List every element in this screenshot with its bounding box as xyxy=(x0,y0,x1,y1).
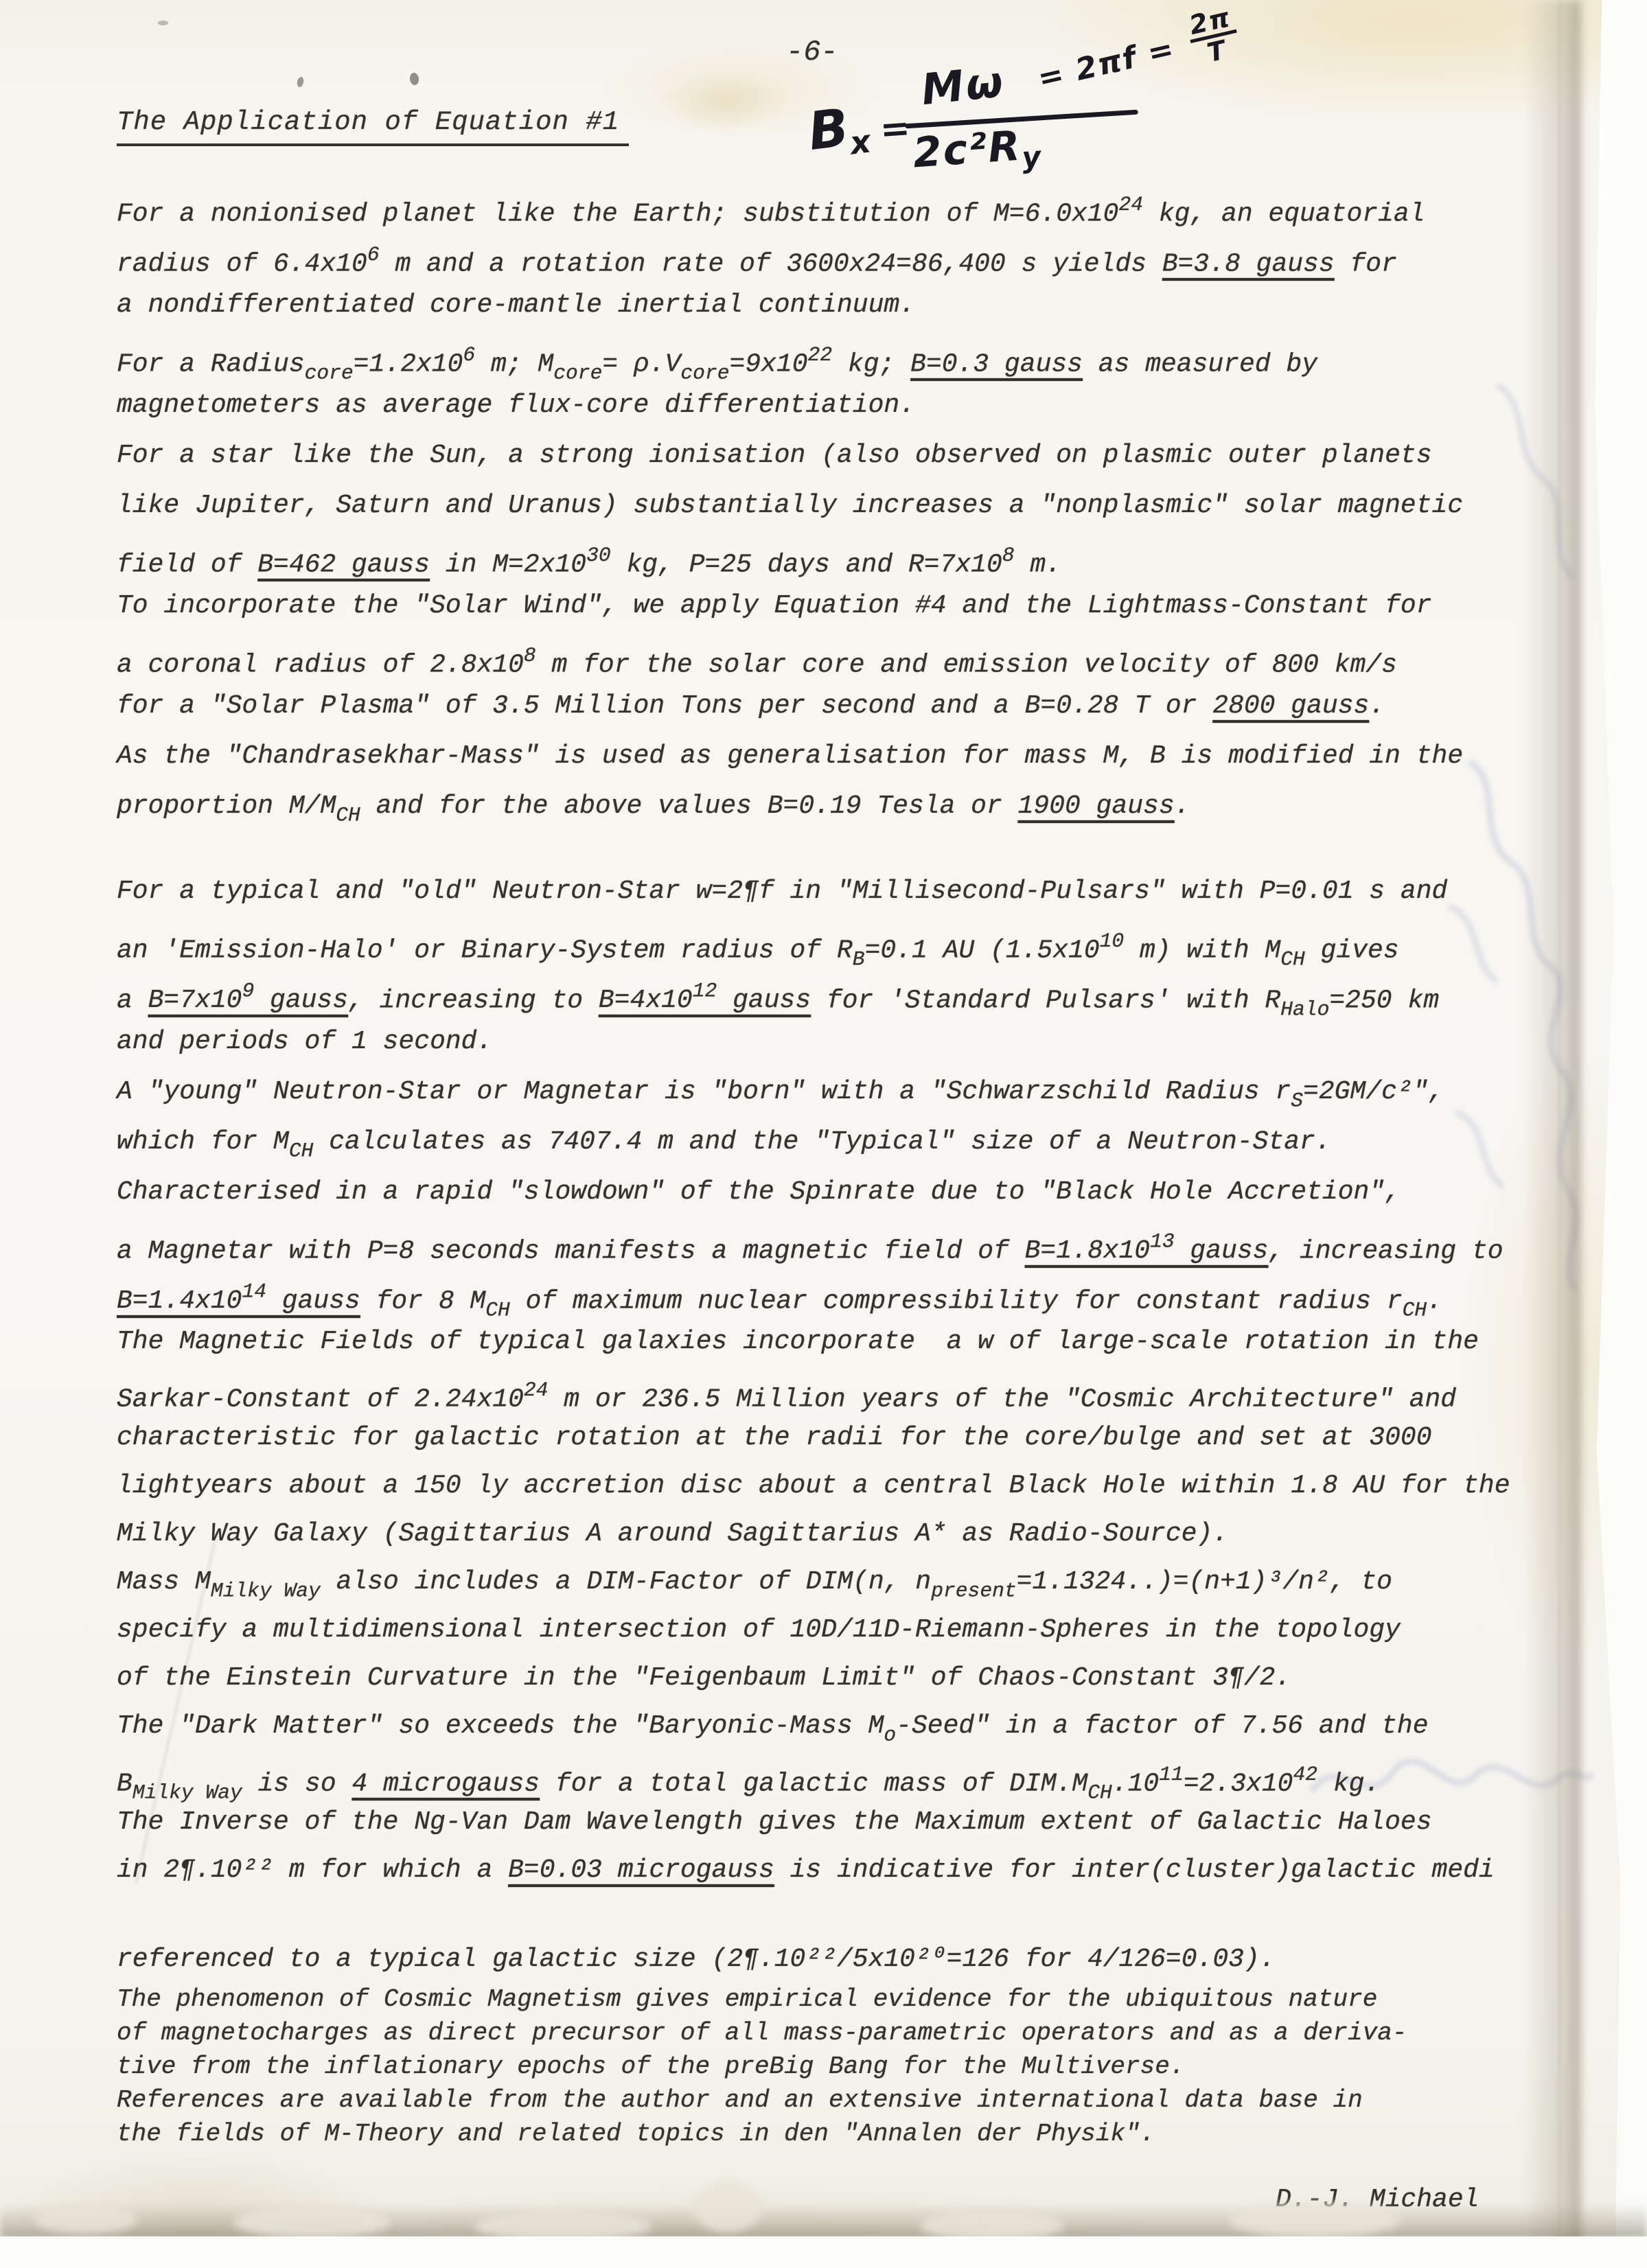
text-run: for 8 M xyxy=(360,1286,485,1316)
text-run: 1900 gauss xyxy=(1018,791,1175,821)
text-line: Sarkar-Constant of 2.24x1024 m or 236.5 … xyxy=(117,1366,1510,1414)
text-run: .10 xyxy=(1112,1769,1159,1798)
text-run: of magnetocharges as direct precursor of… xyxy=(117,2019,1407,2047)
text-run: =9x10 xyxy=(730,349,808,379)
text-run: , increasing to xyxy=(348,986,599,1015)
text-run: gauss xyxy=(254,986,348,1015)
text-run: . xyxy=(1369,691,1385,721)
text-line: magnetometers as average flux-core diffe… xyxy=(117,380,1463,430)
superscript: 24 xyxy=(1118,193,1143,216)
text-run: =250 km xyxy=(1329,986,1439,1015)
text-run: =2GM/c²", xyxy=(1303,1077,1444,1107)
text-run: lightyears about a 150 ly accretion disc… xyxy=(117,1471,1510,1501)
paragraph-galaxies: The Magnetic Fields of typical galaxies … xyxy=(117,1318,1510,1895)
text-run: proportion M/M xyxy=(117,791,336,821)
text-run: also includes a DIM-Factor of DIM(n, n xyxy=(321,1567,931,1597)
text-run: B=7x10 xyxy=(148,986,242,1015)
text-line: of magnetocharges as direct precursor of… xyxy=(117,2016,1407,2050)
text-run: B=462 gauss xyxy=(257,550,430,579)
text-run: an 'Emission-Halo' or Binary-System radi… xyxy=(117,936,853,965)
text-line: radius of 6.4x106 m and a rotation rate … xyxy=(117,230,1463,280)
text-run: like Jupiter, Saturn and Uranus) substan… xyxy=(117,491,1463,520)
underlined-value: 4 microgauss xyxy=(352,1769,540,1798)
handwritten-denominator: 2c²Ry xyxy=(912,121,1044,183)
text-run: B=1.8x10 xyxy=(1025,1236,1150,1266)
text-run: = ρ.V xyxy=(602,349,680,379)
text-run: m or 236.5 Million years of the "Cosmic … xyxy=(548,1385,1456,1414)
text-run: B=4x10 xyxy=(599,986,693,1015)
subscript: CH xyxy=(289,1139,314,1162)
text-run: =0.1 AU (1.5x10 xyxy=(865,936,1100,965)
text-run: For a nonionised planet like the Earth; … xyxy=(117,199,1118,229)
text-run: For a star like the Sun, a strong ionisa… xyxy=(117,441,1432,470)
text-run: a coronal radius of 2.8x10 xyxy=(117,650,524,680)
underlined-value: B=0.3 gauss xyxy=(910,349,1083,379)
text-line: a Magnetar with P=8 seconds manifests a … xyxy=(117,1217,1504,1267)
paragraph-neutron-stars: For a typical and "old" Neutron-Star w=2… xyxy=(117,866,1504,1317)
text-line: which for MCH calculates as 7407.4 m and… xyxy=(117,1117,1504,1167)
text-run: Characterised in a rapid "slowdown" of t… xyxy=(117,1177,1401,1207)
handwritten-numerator: Mω xyxy=(919,56,1008,115)
text-line: the fields of M-Theory and related topic… xyxy=(117,2117,1407,2151)
text-line: For a Radiuscore=1.2x106 m; Mcore= ρ.Vco… xyxy=(117,330,1463,380)
subscript: o xyxy=(884,1723,896,1746)
text-run: for a total galactic mass of DIM.M xyxy=(540,1769,1087,1798)
text-run: For a Radius xyxy=(117,349,305,379)
text-run: for xyxy=(1335,249,1397,279)
text-run: 2800 gauss xyxy=(1212,691,1369,721)
torn-edge-fragment xyxy=(1229,2202,1401,2238)
text-run: a xyxy=(117,986,148,1015)
text-line: Mass MMilky Way also includes a DIM-Fact… xyxy=(117,1558,1510,1606)
text-run: B=0.3 gauss xyxy=(910,349,1083,379)
text-line: References are available from the author… xyxy=(117,2083,1407,2117)
superscript: 11 xyxy=(1159,1763,1184,1786)
text-line: in 2¶.10²² m for which a B=0.03 microgau… xyxy=(117,1847,1510,1895)
text-run: To incorporate the "Solar Wind", we appl… xyxy=(117,591,1432,621)
text-line: The Magnetic Fields of typical galaxies … xyxy=(117,1318,1510,1366)
underlined-value: B=4x1012 gauss xyxy=(599,986,811,1015)
text-run: The phenomenon of Cosmic Magnetism gives… xyxy=(117,1985,1377,2013)
superscript: 42 xyxy=(1293,1763,1317,1786)
text-run: Milky Way Galaxy (Sagittarius A around S… xyxy=(117,1519,1228,1549)
text-run: B=0.03 microgauss xyxy=(508,1855,774,1885)
text-run: in M=2x10 xyxy=(430,550,586,579)
text-run: a Magnetar with P=8 seconds manifests a … xyxy=(117,1236,1025,1266)
text-line: For a star like the Sun, a strong ionisa… xyxy=(117,430,1463,481)
scanner-backing-bottom xyxy=(0,2236,1647,2268)
text-run: The Inverse of the Ng-Van Dam Wavelength… xyxy=(117,1807,1432,1837)
text-line: field of B=462 gauss in M=2x1030 kg, P=2… xyxy=(117,531,1463,581)
superscript: 6 xyxy=(463,343,475,367)
superscript: 22 xyxy=(808,343,833,367)
text-run: For a typical and "old" Neutron-Star w=2… xyxy=(117,877,1447,906)
text-run: characteristic for galactic rotation at … xyxy=(117,1423,1432,1453)
text-run: is so xyxy=(242,1769,352,1798)
text-run: gauss xyxy=(717,986,811,1015)
underlined-value: B=462 gauss xyxy=(257,550,430,579)
text-run: Mass M xyxy=(117,1567,211,1597)
text-run: a nondifferentiated core-mantle inertial… xyxy=(117,290,915,320)
handwritten-equals: = xyxy=(879,108,912,151)
text-run: . xyxy=(1175,791,1190,821)
page-number: -6- xyxy=(786,36,838,69)
superscript: 6 xyxy=(367,243,380,266)
text-run: References are available from the author… xyxy=(117,2086,1363,2114)
text-run: . xyxy=(1427,1286,1442,1316)
text-run: kg, an equatorial xyxy=(1143,199,1425,229)
subscript: Halo xyxy=(1280,998,1329,1021)
text-line: Milky Way Galaxy (Sagittarius A around S… xyxy=(117,1510,1510,1558)
text-line: For a typical and "old" Neutron-Star w=2… xyxy=(117,866,1504,916)
text-run: and for the above values B=0.19 Tesla or xyxy=(360,791,1018,821)
text-line: BMilky Way is so 4 microgauss for a tota… xyxy=(117,1750,1510,1798)
text-run: and periods of 1 second. xyxy=(117,1027,492,1056)
superscript: 8 xyxy=(524,644,536,667)
text-run: specify a multidimensional intersection … xyxy=(117,1615,1401,1645)
text-run: m. xyxy=(1015,550,1061,579)
text-run: m for the solar core and emission veloci… xyxy=(536,650,1397,680)
text-run: magnetometers as average flux-core diffe… xyxy=(117,391,915,420)
text-run: calculates as 7407.4 m and the "Typical"… xyxy=(313,1127,1331,1157)
text-run: =1.2x10 xyxy=(354,349,463,379)
text-line: B=1.4x1014 gauss for 8 MCH of maximum nu… xyxy=(117,1267,1504,1317)
paragraph-galactic-size: referenced to a typical galactic size (2… xyxy=(117,1934,1276,1984)
text-line: The "Dark Matter" so exceeds the "Baryon… xyxy=(117,1702,1510,1750)
text-run: m and a rotation rate of 3600x24=86,400 … xyxy=(380,249,1162,279)
text-line: of the Einstein Curvature in the "Feigen… xyxy=(117,1654,1510,1702)
text-line: As the "Chandrasekhar-Mass" is used as g… xyxy=(117,731,1463,781)
superscript: 13 xyxy=(1150,1230,1175,1253)
text-run: which for M xyxy=(117,1127,289,1157)
underlined-value: 2800 gauss xyxy=(1212,691,1369,721)
text-run: m) with M xyxy=(1124,936,1280,965)
text-run: for a "Solar Plasma" of 3.5 Million Tons… xyxy=(117,691,1212,721)
superscript: 14 xyxy=(242,1280,266,1304)
superscript: 8 xyxy=(1002,544,1015,567)
subscript: Milky Way xyxy=(211,1579,321,1602)
underlined-value: B=7x109 gauss xyxy=(148,986,348,1015)
text-line: Characterised in a rapid "slowdown" of t… xyxy=(117,1167,1504,1217)
text-line: referenced to a typical galactic size (2… xyxy=(117,1934,1276,1984)
text-run: 4 microgauss xyxy=(352,1769,540,1798)
page-edge-shadow-right xyxy=(1523,0,1581,2268)
handwritten-b-subscript: x xyxy=(848,123,873,162)
text-line: and periods of 1 second. xyxy=(117,1017,1504,1067)
text-run: B xyxy=(117,1769,133,1798)
text-line: A "young" Neutron-Star or Magnetar is "b… xyxy=(117,1067,1504,1117)
handwritten-denominator-text: 2c²R xyxy=(912,122,1023,178)
text-run: as measured by xyxy=(1083,349,1317,379)
document-title-text: The Application of Equation #1 xyxy=(117,107,629,146)
text-line: For a nonionised planet like the Earth; … xyxy=(117,180,1463,230)
text-line: specify a multidimensional intersection … xyxy=(117,1606,1510,1654)
subscript: present xyxy=(931,1579,1016,1602)
superscript: 24 xyxy=(524,1378,549,1402)
text-run: A "young" Neutron-Star or Magnetar is "b… xyxy=(117,1077,1291,1107)
underlined-value: B=3.8 gauss xyxy=(1162,249,1335,279)
text-run: -Seed" in a factor of 7.56 and the xyxy=(896,1711,1428,1741)
text-run: =2.3x10 xyxy=(1184,1769,1293,1798)
subscript: S xyxy=(1291,1089,1303,1112)
text-run: the fields of M-Theory and related topic… xyxy=(117,2120,1155,2148)
text-line: To incorporate the "Solar Wind", we appl… xyxy=(117,581,1463,631)
torn-edge-fragment xyxy=(233,2206,391,2238)
underlined-value: B=1.8x1013 gauss xyxy=(1025,1236,1269,1266)
text-run: kg. xyxy=(1317,1769,1380,1798)
text-line: like Jupiter, Saturn and Uranus) substan… xyxy=(117,481,1463,531)
text-line: proportion M/MCH and for the above value… xyxy=(117,781,1463,831)
handwritten-b-symbol: Bx xyxy=(805,94,873,167)
superscript: 30 xyxy=(586,544,611,567)
text-line: The phenomenon of Cosmic Magnetism gives… xyxy=(117,1982,1407,2016)
underlined-value: 1900 gauss xyxy=(1018,791,1175,821)
handwritten-denominator-subscript: y xyxy=(1021,139,1044,174)
subscript: CH xyxy=(336,803,360,826)
superscript: 10 xyxy=(1100,929,1125,953)
text-line: The Inverse of the Ng-Van Dam Wavelength… xyxy=(117,1798,1510,1847)
torn-edge-fragment xyxy=(693,2180,762,2232)
superscript: 9 xyxy=(242,980,254,1003)
text-run: is indicative for inter(cluster)galactic… xyxy=(774,1855,1495,1885)
text-line: a nondifferentiated core-mantle inertial… xyxy=(117,280,1463,330)
text-run: field of xyxy=(117,550,257,579)
ink-speck xyxy=(158,21,168,25)
text-run: kg, P=25 days and R=7x10 xyxy=(611,550,1002,579)
superscript: 12 xyxy=(693,980,717,1003)
text-run: of the Einstein Curvature in the "Feigen… xyxy=(117,1663,1291,1693)
text-run: referenced to a typical galactic size (2… xyxy=(117,1945,1276,1974)
torn-edge-fragment xyxy=(34,2205,137,2234)
paragraph-conclusion: The phenomenon of Cosmic Magnetism gives… xyxy=(117,1982,1407,2151)
text-run: gauss xyxy=(266,1286,360,1316)
text-line: a B=7x109 gauss, increasing to B=4x1012 … xyxy=(117,967,1504,1017)
text-run: tive from the inflationary epochs of the… xyxy=(117,2052,1184,2081)
text-line: an 'Emission-Halo' or Binary-System radi… xyxy=(117,916,1504,967)
handwritten-b: B xyxy=(805,97,851,162)
text-run: As the "Chandrasekhar-Mass" is used as g… xyxy=(117,741,1463,771)
document-title: The Application of Equation #1 xyxy=(117,107,629,137)
text-run: for 'Standard Pulsars' with R xyxy=(811,986,1280,1015)
text-run: gives xyxy=(1305,936,1399,965)
text-run: of maximum nuclear compressibility for c… xyxy=(510,1286,1403,1316)
text-run: The "Dark Matter" so exceeds the "Baryon… xyxy=(117,1711,884,1741)
scanned-document-page: -6- The Application of Equation #1 Bx = … xyxy=(0,0,1647,2268)
text-line: characteristic for galactic rotation at … xyxy=(117,1414,1510,1462)
text-run: radius of 6.4x10 xyxy=(117,249,367,279)
text-run: B=1.4x10 xyxy=(117,1286,242,1316)
text-run: B=3.8 gauss xyxy=(1162,249,1335,279)
text-line: lightyears about a 150 ly accretion disc… xyxy=(117,1462,1510,1510)
text-line: for a "Solar Plasma" of 3.5 Million Tons… xyxy=(117,681,1463,731)
underlined-value: B=0.03 microgauss xyxy=(508,1855,774,1885)
text-line: a coronal radius of 2.8x108 m for the so… xyxy=(117,631,1463,681)
paragraph-planets-and-sun: For a nonionised planet like the Earth; … xyxy=(117,180,1463,831)
text-run: m; M xyxy=(475,349,553,379)
text-run: =1.1324..)=(n+1)³/n², to xyxy=(1017,1567,1392,1597)
underlined-value: B=1.4x1014 gauss xyxy=(117,1286,360,1316)
text-line: tive from the inflationary epochs of the… xyxy=(117,2050,1407,2083)
text-run: The Magnetic Fields of typical galaxies … xyxy=(117,1327,1479,1356)
text-run: Sarkar-Constant of 2.24x10 xyxy=(117,1385,524,1414)
text-run: gauss xyxy=(1175,1236,1269,1266)
text-run: , increasing to xyxy=(1268,1236,1503,1266)
text-run: kg; xyxy=(832,349,910,379)
text-run: in 2¶.10²² m for which a xyxy=(117,1855,508,1885)
